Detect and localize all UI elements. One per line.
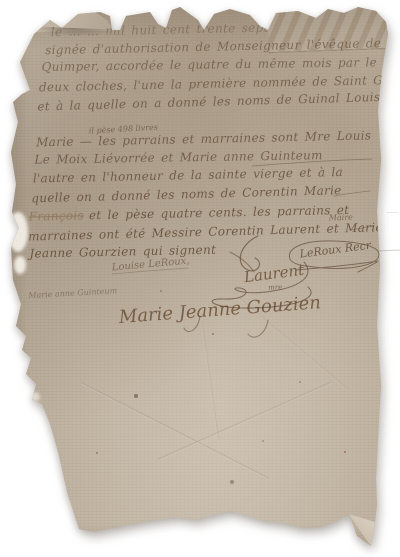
photo-backdrop: le … … mil huit cent trente sept signée … [0,0,400,557]
manuscript-line: Quimper, accordée le quatre du même mois… [41,55,400,74]
manuscript-page: le … … mil huit cent trente sept signée … [0,0,400,557]
signature-marie-anne-guinteum: Marie anne Guinteum [28,286,117,300]
foxing-specks [0,0,2,2]
manuscript-line-text: et le pèse quatre cents. les parrains et [89,203,350,222]
signature-rector: LeRoux Recr [299,239,372,261]
signature-marie-jeanne-gouzien: Marie Jeanne Gouzien [118,292,321,328]
struck-out-word: François [29,208,85,223]
manuscript-line: Françoiset le pèse quatre cents. les par… [29,203,350,224]
manuscript-line: Marie — les parrains et marraines sont M… [36,128,371,149]
manuscript-line: marraines ont été Messire Corentin Laure… [28,220,383,243]
manuscript-line: le … … mil huit cent trente sept [51,21,269,40]
manuscript-line: signée d'authorisation de Monseigneur l'… [45,36,381,57]
manuscript-line: Le Moix Liévorrée et Marie anne Guinteum [34,148,323,167]
manuscript-line: l'autre en l'honneur de la sainte vierge… [33,165,343,185]
signature-laurent: Laurent [243,261,305,286]
manuscript-page-wrapper: le … … mil huit cent trente sept signée … [0,0,400,557]
manuscript-text-block: le … … mil huit cent trente sept signée … [0,0,400,557]
manuscript-line: quelle on a donné les noms de Corentin M… [31,183,342,205]
manuscript-line: et à la quelle on a donné les noms de Gu… [37,90,380,114]
signature-laurent-title: mre [268,283,282,291]
